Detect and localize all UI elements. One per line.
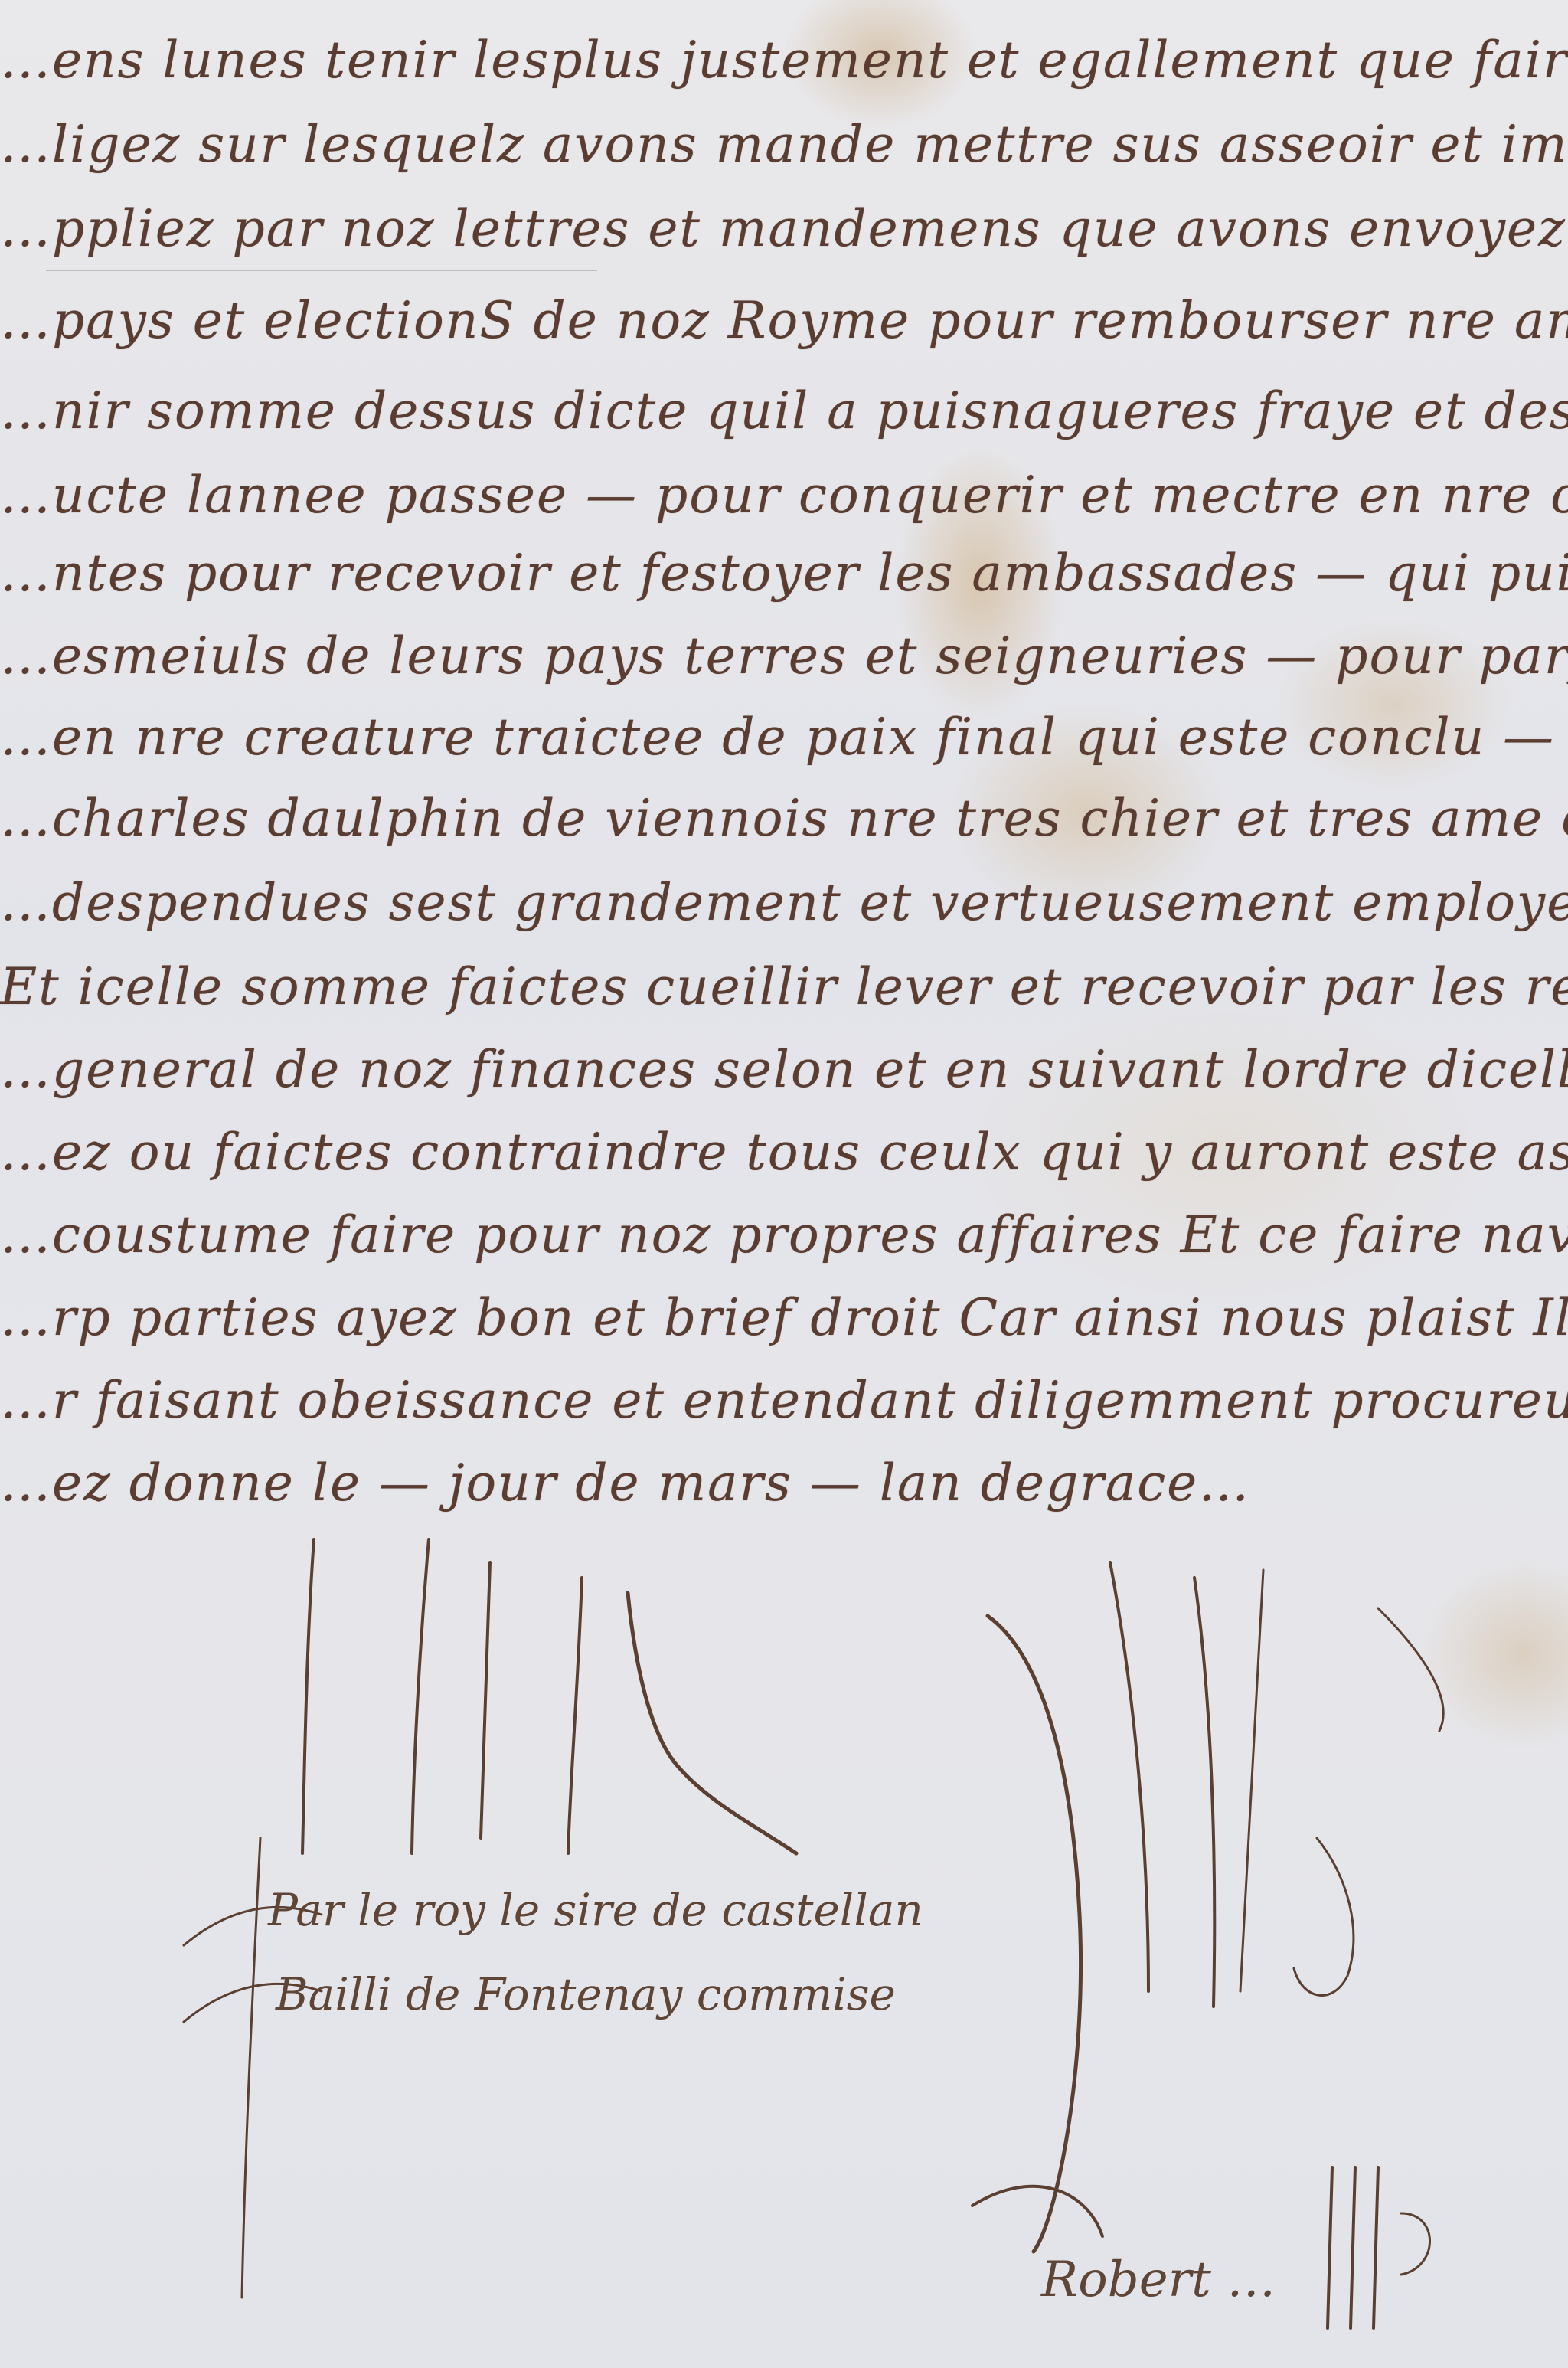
countersign-line-1: Par le roy le sire de castellan [268,1884,923,1936]
royal-signature: Robert … [1041,2252,1276,2308]
countersign-line-2: Bailli de Fontenay commise [276,1968,896,2020]
